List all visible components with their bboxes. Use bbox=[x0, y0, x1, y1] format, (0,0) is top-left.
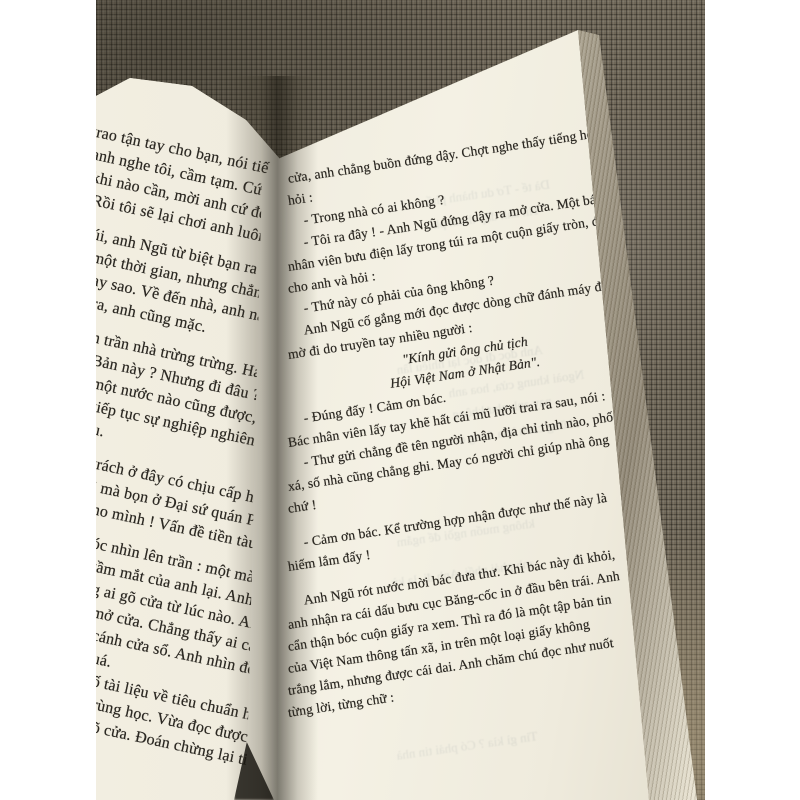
gutter-shadow bbox=[226, 76, 318, 800]
photo-canvas: trao tận tay cho bạn, nói tiếanh nghe tô… bbox=[0, 0, 800, 800]
ghost-text-line: Tin gì kìa ? Có phải tin nhà bbox=[396, 728, 539, 764]
book-photo: trao tận tay cho bạn, nói tiếanh nghe tô… bbox=[96, 0, 705, 800]
right-page-text: cửa, anh chẳng buồn đứng dậy. Chợt nghe … bbox=[288, 168, 646, 724]
